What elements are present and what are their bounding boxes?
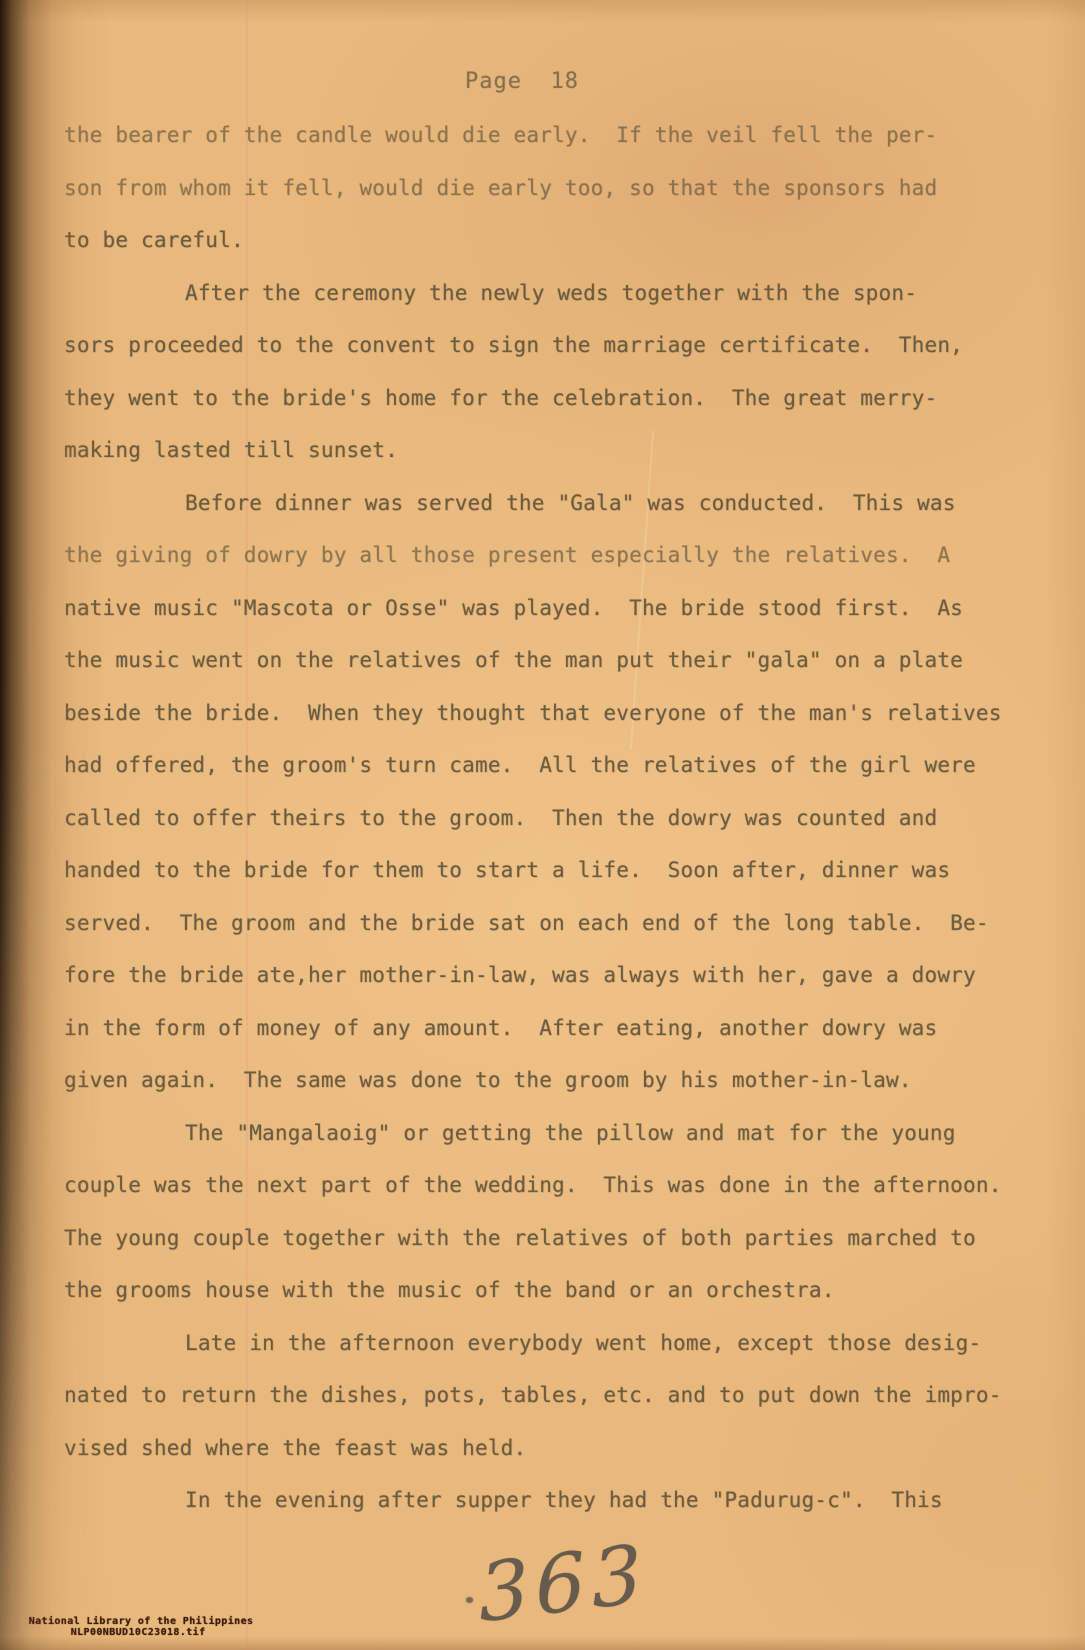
text-line: native music "Mascota or Osse" was playe… (64, 582, 1054, 635)
typed-text-block: the bearer of the candle would die early… (64, 109, 1054, 1527)
text-line: sors proceeded to the convent to sign th… (64, 319, 1054, 372)
text-line: the grooms house with the music of the b… (64, 1264, 1054, 1317)
text-line: served. The groom and the bride sat on e… (64, 897, 1054, 950)
text-line: The young couple together with the relat… (64, 1212, 1054, 1265)
text-line: making lasted till sunset. (64, 424, 1054, 477)
scanned-document-page: Page 18 the bearer of the candle would d… (0, 0, 1085, 1650)
text-line: After the ceremony the newly weds togeth… (64, 267, 1054, 320)
text-line: the giving of dowry by all those present… (64, 529, 1054, 582)
text-line: in the form of money of any amount. Afte… (64, 1002, 1054, 1055)
text-line: The "Mangalaoig" or getting the pillow a… (64, 1107, 1054, 1160)
text-line: couple was the next part of the wedding.… (64, 1159, 1054, 1212)
pencil-dot (466, 1597, 473, 1603)
text-line: fore the bride ate,her mother-in-law, wa… (64, 949, 1054, 1002)
left-edge-scan-shadow (0, 0, 110, 1650)
page-header: Page 18 (0, 69, 1044, 94)
text-line: nated to return the dishes, pots, tables… (64, 1369, 1054, 1422)
text-line: to be careful. (64, 214, 1054, 267)
text-line: the bearer of the candle would die early… (64, 109, 1054, 162)
text-line: son from whom it fell, would die early t… (64, 162, 1054, 215)
text-line: the music went on the relatives of the m… (64, 634, 1054, 687)
text-line: handed to the bride for them to start a … (64, 844, 1054, 897)
handwritten-page-number: 363 (476, 1527, 650, 1641)
text-line: Before dinner was served the "Gala" was … (64, 477, 1054, 530)
text-line: Late in the afternoon everybody went hom… (64, 1317, 1054, 1370)
text-line: given again. The same was done to the gr… (64, 1054, 1054, 1107)
text-line: called to offer theirs to the groom. The… (64, 792, 1054, 845)
text-line: vised shed where the feast was held. (64, 1422, 1054, 1475)
text-line: had offered, the groom's turn came. All … (64, 739, 1054, 792)
text-line: they went to the bride's home for the ce… (64, 372, 1054, 425)
text-line: In the evening after supper they had the… (64, 1474, 1054, 1527)
text-line: beside the bride. When they thought that… (64, 687, 1054, 740)
